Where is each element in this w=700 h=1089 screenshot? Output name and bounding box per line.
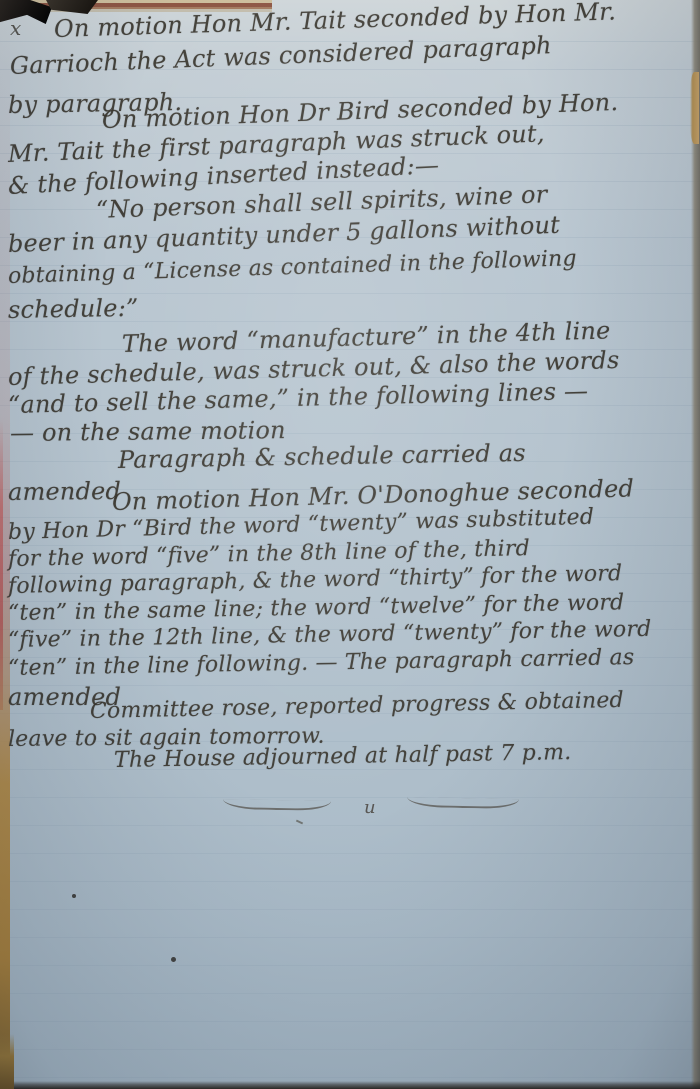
closing-flourish-right [407, 797, 519, 809]
manuscript-text-block: x On motion Hon Mr. Tait seconded by Hon… [0, 0, 700, 1089]
ink-speck [171, 957, 176, 962]
manuscript-line: Paragraph & schedule carried as [118, 440, 526, 475]
ink-speck [72, 894, 76, 898]
manuscript-line: amended [8, 478, 121, 507]
closing-flourish-left [223, 799, 331, 811]
flourish-tick [296, 820, 303, 825]
closing-mark: u [364, 797, 376, 818]
margin-mark: x [10, 16, 21, 40]
manuscript-line: schedule:” [8, 295, 139, 325]
manuscript-line: Committee rose, reported progress & obta… [90, 688, 624, 724]
manuscript-photo: x On motion Hon Mr. Tait seconded by Hon… [0, 0, 700, 1089]
